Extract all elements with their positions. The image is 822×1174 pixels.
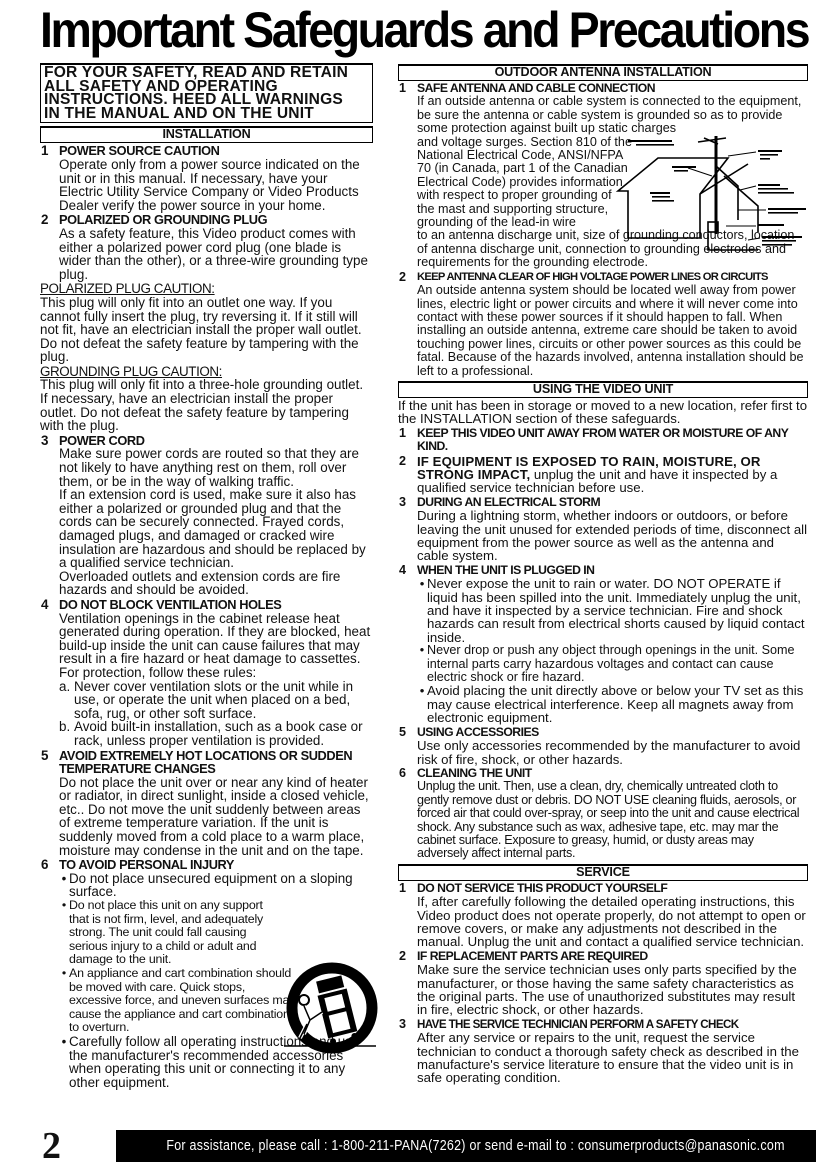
list-item: 1 KEEP THIS VIDEO UNIT AWAY FROM WATER O… [398, 427, 808, 454]
item-heading: AVOID EXTREMELY HOT LOCATIONS OR SUDDEN … [59, 749, 373, 776]
sub-item-marker: a. [59, 680, 74, 721]
list-item: 2 POLARIZED OR GROUNDING PLUG As a safet… [40, 213, 373, 281]
item-heading: POWER CORD [59, 434, 373, 448]
antenna-grounding-diagram-icon [608, 136, 808, 254]
cart-tip-over-warning-icon [280, 962, 380, 1062]
item-text: Use only accessories recommended by the … [417, 739, 808, 766]
item-number: 1 [398, 427, 417, 454]
item-number: 5 [398, 726, 417, 766]
item-number: 2 [40, 213, 59, 281]
item-heading: POLARIZED OR GROUNDING PLUG [59, 213, 373, 227]
item-number: 3 [398, 496, 417, 563]
list-item: 2 IF REPLACEMENT PARTS ARE REQUIRED Make… [398, 950, 808, 1017]
item-number: 3 [398, 1018, 417, 1085]
item-heading: SAFE ANTENNA AND CABLE CONNECTION [417, 82, 808, 95]
item-number: 3 [40, 434, 59, 597]
section-header-installation: INSTALLATION [40, 126, 373, 143]
item-text: An outside antenna system should be loca… [417, 284, 808, 378]
grounding-plug-caution-heading: GROUNDING PLUG CAUTION: [40, 365, 373, 379]
bullet-icon: • [59, 872, 69, 899]
list-item: 5 AVOID EXTREMELY HOT LOCATIONS OR SUDDE… [40, 749, 373, 858]
grounding-plug-caution-text: This plug will only fit into a three-hol… [40, 378, 373, 432]
item-number: 2 [398, 455, 417, 495]
list-item: 5 USING ACCESSORIES Use only accessories… [398, 726, 808, 766]
bullet-icon: • [59, 967, 69, 1035]
warning-line: IN THE MANUAL AND ON THE UNIT [44, 107, 369, 121]
item-text: Make sure power cords are routed so that… [59, 447, 373, 488]
item-text: Ventilation openings in the cabinet rele… [59, 612, 373, 680]
list-item: 4 WHEN THE UNIT IS PLUGGED IN • Never ex… [398, 564, 808, 725]
item-heading: USING ACCESSORIES [417, 726, 808, 739]
bullet-text: Never expose the unit to rain or water. … [427, 577, 808, 644]
sub-item: a. Never cover ventilation slots or the … [59, 680, 373, 721]
safety-warning-box: FOR YOUR SAFETY, READ AND RETAIN ALL SAF… [40, 63, 373, 123]
item-text: If an extension cord is used, make sure … [59, 488, 373, 570]
sub-item-marker: b. [59, 720, 74, 747]
list-item: 3 DURING AN ELECTRICAL STORM During a li… [398, 496, 808, 563]
list-item: 2 IF EQUIPMENT IS EXPOSED TO RAIN, MOIST… [398, 455, 808, 495]
item-text: As a safety feature, this Video product … [59, 227, 373, 281]
item-text: Unplug the unit. Then, use a clean, dry,… [417, 780, 808, 860]
bullet-item: • Never drop or push any object through … [417, 644, 808, 684]
section-header-using-video-unit: USING THE VIDEO UNIT [398, 381, 808, 398]
item-number: 2 [398, 271, 417, 378]
item-heading: KEEP THIS VIDEO UNIT AWAY FROM WATER OR … [417, 427, 808, 454]
bullet-item: • Avoid placing the unit directly above … [417, 684, 808, 724]
page-title: Important Safeguards and Precautions [40, 2, 765, 58]
bullet-text: An appliance and cart combination should… [69, 967, 299, 1035]
item-text: Do not place the unit over or near any k… [59, 776, 373, 858]
polarized-plug-caution-text: This plug will only fit into an outlet o… [40, 296, 373, 364]
sub-item-text: Avoid built-in installation, such as a b… [74, 720, 373, 747]
item-heading: KEEP ANTENNA CLEAR OF HIGH VOLTAGE POWER… [417, 271, 808, 284]
item-number: 6 [398, 767, 417, 861]
bullet-text: Do not place unsecured equipment on a sl… [69, 872, 373, 899]
bullet-text: Avoid placing the unit directly above or… [427, 684, 808, 724]
right-column: OUTDOOR ANTENNA INSTALLATION 1 SAFE ANTE… [398, 63, 808, 1085]
bullet-icon: • [59, 899, 69, 967]
item-heading: WHEN THE UNIT IS PLUGGED IN [417, 564, 808, 577]
assistance-footer-bar: For assistance, please call : 1-800-211-… [116, 1130, 816, 1162]
list-item: 4 DO NOT BLOCK VENTILATION HOLES Ventila… [40, 598, 373, 748]
left-column: FOR YOUR SAFETY, READ AND RETAIN ALL SAF… [40, 63, 373, 1089]
item-heading: HAVE THE SERVICE TECHNICIAN PERFORM A SA… [417, 1018, 808, 1031]
section-header-service: SERVICE [398, 864, 808, 881]
list-item: 1 SAFE ANTENNA AND CABLE CONNECTION If a… [398, 82, 808, 270]
item-heading: DO NOT SERVICE THIS PRODUCT YOURSELF [417, 882, 808, 895]
item-number: 2 [398, 950, 417, 1017]
bullet-item: • Do not place unsecured equipment on a … [59, 872, 373, 899]
item-text: If an outside antenna or cable system is… [417, 95, 808, 135]
item-text: Overloaded outlets and extension cords a… [59, 570, 373, 597]
sub-item: b. Avoid built-in installation, such as … [59, 720, 373, 747]
item-heading: DURING AN ELECTRICAL STORM [417, 496, 808, 509]
item-number: 4 [398, 564, 417, 725]
list-item: 3 POWER CORD Make sure power cords are r… [40, 434, 373, 597]
item-text: If, after carefully following the detail… [417, 895, 808, 949]
item-number: 1 [398, 882, 417, 949]
assistance-contact-text: For assistance, please call : 1-800-211-… [166, 1130, 784, 1162]
page-number: 2 [42, 1126, 61, 1166]
item-text: Operate only from a power source indicat… [59, 158, 373, 212]
item-number: 1 [40, 144, 59, 212]
bullet-icon: • [417, 577, 427, 644]
bullet-icon: • [417, 684, 427, 724]
antenna-diagram-block: and voltage surges. Section 810 of the N… [417, 136, 808, 230]
list-item: 1 POWER SOURCE CAUTION Operate only from… [40, 144, 373, 212]
list-item: 3 HAVE THE SERVICE TECHNICIAN PERFORM A … [398, 1018, 808, 1085]
bullet-icon: • [59, 1035, 69, 1089]
item-number: 6 [40, 858, 59, 1089]
item-text: After any service or repairs to the unit… [417, 1031, 808, 1085]
bullet-text: Do not place this unit on any support th… [69, 899, 274, 967]
item-number: 1 [398, 82, 417, 270]
using-intro-text: If the unit has been in storage or moved… [398, 399, 808, 426]
item-heading: CLEANING THE UNIT [417, 767, 808, 780]
item-text: During a lightning storm, whether indoor… [417, 509, 808, 563]
bullet-item: • Do not place this unit on any support … [59, 899, 373, 967]
item-heading: TO AVOID PERSONAL INJURY [59, 858, 373, 872]
item-heading: DO NOT BLOCK VENTILATION HOLES [59, 598, 373, 612]
section-header-outdoor-antenna: OUTDOOR ANTENNA INSTALLATION [398, 64, 808, 81]
bullet-text: Never drop or push any object through op… [427, 644, 808, 684]
sub-item-text: Never cover ventilation slots or the uni… [74, 680, 373, 721]
item-text: Make sure the service technician uses on… [417, 963, 808, 1017]
item-number: 4 [40, 598, 59, 748]
bullet-icon: • [417, 644, 427, 684]
item-heading: IF REPLACEMENT PARTS ARE REQUIRED [417, 950, 808, 963]
polarized-plug-caution-heading: POLARIZED PLUG CAUTION: [40, 282, 373, 296]
item-heading: POWER SOURCE CAUTION [59, 144, 373, 158]
item-text: and voltage surges. Section 810 of the N… [417, 136, 632, 230]
list-item: 1 DO NOT SERVICE THIS PRODUCT YOURSELF I… [398, 882, 808, 949]
list-item: 6 CLEANING THE UNIT Unplug the unit. The… [398, 767, 808, 861]
bullet-item: • Never expose the unit to rain or water… [417, 577, 808, 644]
item-number: 5 [40, 749, 59, 858]
list-item: 2 KEEP ANTENNA CLEAR OF HIGH VOLTAGE POW… [398, 271, 808, 378]
